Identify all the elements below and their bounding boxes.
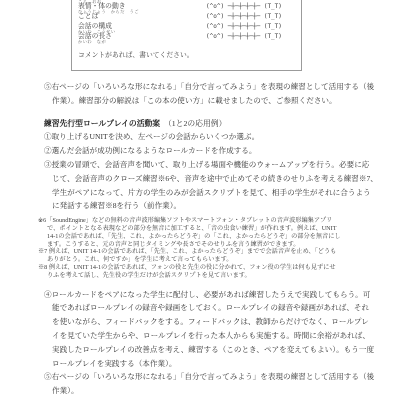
section-heading-note: （1と2の応用例） bbox=[160, 119, 226, 128]
rating-row-conversation-length: 会話の長さ かいわ なが (^o^) ─┼─┼─┼─┼─ (T_T) bbox=[78, 33, 301, 43]
body-text: ⑤右ページの「いろいろな形になれる」「自分で言ってみよう」を表現の練習として活用… bbox=[44, 80, 370, 398]
rating-scale: (^o^) ─┼─┼─┼─┼─ (T_T) bbox=[206, 13, 282, 20]
footnotes: ※6「SoundEngine」などの無料の音声波形編集ソフトやスマートフォン・タ… bbox=[38, 217, 370, 279]
section-heading: 練習先行型ロールプレイの活動案 （1と2の応用例） bbox=[44, 117, 370, 131]
step-2: ②選んだ会話が成功例になるようなロールカードを作成する。 bbox=[44, 144, 370, 158]
rating-row-conversation-structure: 会話の構成 かいわ こうせい (^o^) ─┼─┼─┼─┼─ (T_T) bbox=[78, 23, 301, 33]
rating-row-words: ことば (^o^) ─┼─┼─┼─┼─ (T_T) bbox=[78, 13, 301, 23]
rating-row-expression-body: 表情・体の動き ひょうじょう からだ うご (^o^) ─┼─┼─┼─┼─ (T… bbox=[78, 3, 301, 13]
evaluation-rating-box: 声の大きさ こえ おお (^o^) ─┼─┼─┼─┼─ (T_T) 表情・体の動… bbox=[71, 0, 302, 71]
comment-prompt: コメントがあれば、書いてください。 bbox=[78, 49, 301, 59]
step-5: ⑤右ページの「いろいろな形になれる」「自分で言ってみよう」を表現の練習として活用… bbox=[44, 370, 370, 398]
intro-step5-line: ⑤右ページの「いろいろな形になれる」「自分で言ってみよう」を表現の練習として活用… bbox=[44, 80, 370, 94]
rating-scale: (^o^) ─┼─┼─┼─┼─ (T_T) bbox=[206, 3, 282, 10]
step-3: ③授業の冒頭で、会話音声を聞いて、取り上げる場面や機能のウォームアップを行う。必… bbox=[44, 158, 370, 213]
rating-furigana: かいわ なが bbox=[78, 40, 301, 44]
rating-scale: (^o^) ─┼─┼─┼─┼─ (T_T) bbox=[206, 33, 282, 40]
section-heading-title: 練習先行型ロールプレイの活動案 bbox=[44, 119, 160, 128]
footnote-7: ※7 例えば、UNIT 14-1の会話であれば、「先生、これ、よかったらどうぞ」… bbox=[38, 248, 370, 264]
footnote-8: ※8 例えば、UNIT 14-1の会話であれば、フォンの役と先生の役に分かれて、… bbox=[38, 264, 370, 280]
rating-scale: (^o^) ─┼─┼─┼─┼─ (T_T) bbox=[206, 23, 282, 30]
step-4: ④ロールカードをペアになった学生に配付し、必要があれば練習したうえで実践してもら… bbox=[44, 288, 370, 371]
document-page: 声の大きさ こえ おお (^o^) ─┼─┼─┼─┼─ (T_T) 表情・体の動… bbox=[0, 0, 400, 400]
intro-step5-line: 作業）。練習部分の解説は「この本の使い方」に載せましたので、ご参照ください。 bbox=[52, 94, 370, 108]
footnote-6: ※6「SoundEngine」などの無料の音声波形編集ソフトやスマートフォン・タ… bbox=[38, 217, 370, 248]
step-1: ①取り上げるUNITを決め、左ページの会話からいくつか選ぶ。 bbox=[44, 130, 370, 144]
